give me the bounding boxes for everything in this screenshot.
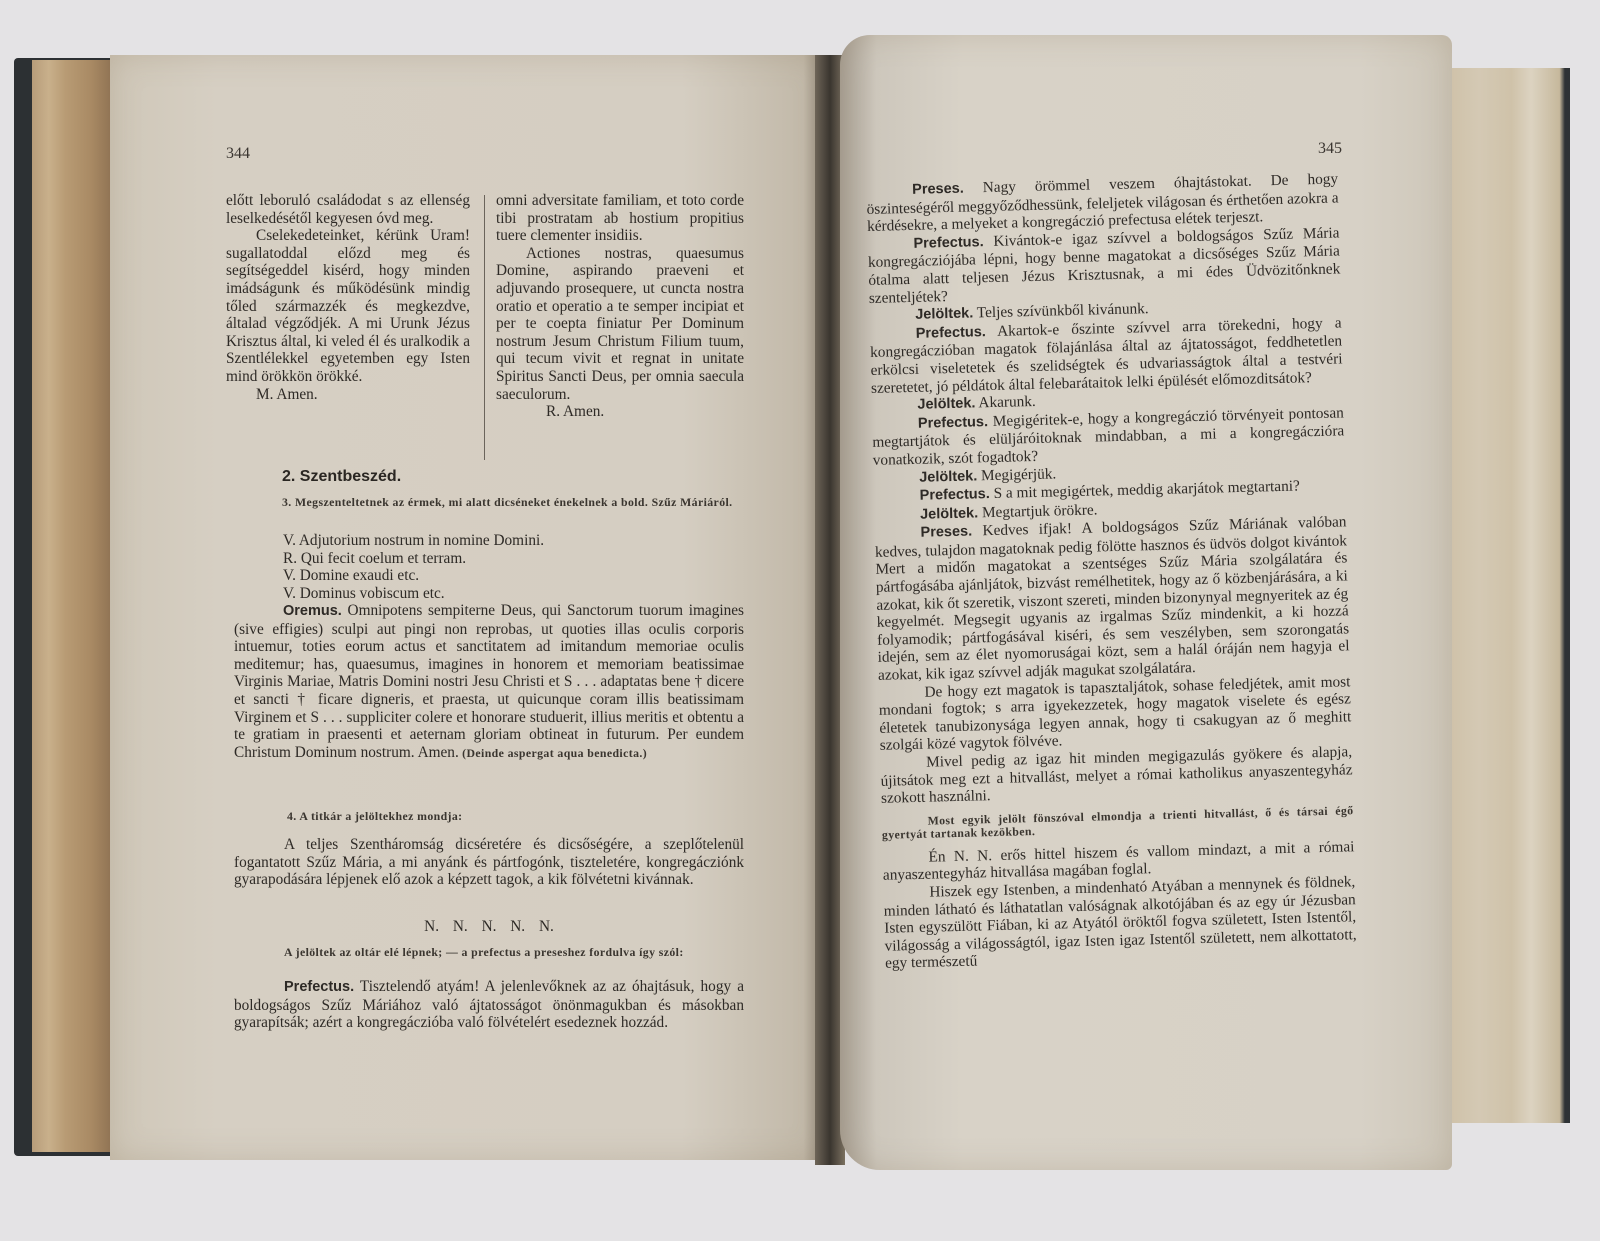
rubric-3: 3. Megszenteltetnek az érmek, mi alatt d… — [232, 496, 744, 509]
speech-text: Teljes szívünkből kivánunk. — [973, 300, 1149, 321]
speaker-label: Prefectus. — [916, 324, 986, 342]
speaker-label: Prefectus. — [919, 486, 989, 504]
paragraph: Hiszek egy Istenben, a mindenható Atyába… — [883, 873, 1357, 972]
oremus-rubric: (Deinde aspergat aqua benedicta.) — [459, 746, 647, 760]
speech-text: Megtartjuk örökre. — [978, 501, 1098, 521]
speaker-label: Jelöltek. — [915, 306, 973, 323]
speaker-label: Preses. — [920, 524, 972, 541]
rubric-trienti: Most egyik jelölt fönszóval elmondja a t… — [881, 804, 1353, 842]
column-divider — [484, 195, 485, 460]
speech-text: Megigérjük. — [977, 465, 1056, 484]
versicle: V. Dominus vobiscum etc. — [283, 585, 743, 603]
paragraph: Cselekedeteinket, kérünk Uram! sugallato… — [226, 227, 470, 385]
paragraph: előtt leboruló családodat s az ellenség … — [226, 192, 470, 227]
candidate-names: N. N. N. N. N. — [234, 918, 744, 936]
versicle: R. Qui fecit coelum et terram. — [283, 550, 743, 568]
speaker-label: Preses. — [912, 181, 964, 198]
column-hungarian: előtt leboruló családodat s az ellenség … — [226, 192, 470, 403]
response-amen: R. Amen. — [496, 403, 744, 421]
page-edges-left — [32, 60, 116, 1152]
versicles: V. Adjutorium nostrum in nomine Domini. … — [283, 532, 743, 602]
response-amen: M. Amen. — [226, 386, 470, 404]
prefectus-speech: Prefectus. Tisztelendő atyám! A jelenlev… — [234, 978, 744, 1032]
speaker-label: Prefectus. — [918, 414, 988, 432]
section-heading: 2. Szentbeszéd. — [282, 468, 401, 486]
page-number-right: 345 — [1318, 140, 1342, 158]
oremus-text: Omnipotens sempiterne Deus, qui Sanctoru… — [234, 602, 744, 761]
paragraph: A teljes Szentháromság dicséretére és di… — [234, 836, 744, 889]
rubric-4: 4. A titkár a jelöltekhez mondja: — [287, 810, 463, 823]
paragraph: Actiones nostras, quaesumus Domine, aspi… — [496, 245, 744, 403]
speaker-label: Jelöltek. — [919, 468, 977, 485]
speaker-label: Jelöltek. — [917, 396, 975, 413]
page-edges-right — [1440, 68, 1570, 1123]
right-page-body: Preses. Nagy örömmel veszem óhajtástokat… — [866, 170, 1357, 972]
speaker-label: Prefectus. — [284, 979, 354, 995]
versicle: V. Adjutorium nostrum in nomine Domini. — [283, 532, 743, 550]
paragraph: Mivel pedig az igaz hit minden megigazul… — [880, 743, 1353, 807]
oremus-prayer: Oremus. Omnipotens sempiterne Deus, qui … — [234, 602, 744, 761]
oremus-label: Oremus. — [283, 603, 342, 619]
speaker-label: Jelöltek. — [920, 505, 978, 522]
speech-text: Akarunk. — [975, 393, 1036, 411]
paragraph: De hogy ezt magatok is tapasztaljátok, s… — [878, 673, 1352, 755]
speaker-label: Prefectus. — [913, 234, 983, 252]
versicle: V. Domine exaudi etc. — [283, 567, 743, 585]
titkar-speech: A teljes Szentháromság dicséretére és di… — [234, 836, 744, 889]
page-number-left: 344 — [226, 145, 250, 163]
paragraph: omni adversitate familiam, et toto corde… — [496, 192, 744, 245]
column-latin: omni adversitate familiam, et toto corde… — [496, 192, 744, 421]
rubric-altar: A jelöltek az oltár elé lépnek; — a pref… — [234, 946, 744, 959]
